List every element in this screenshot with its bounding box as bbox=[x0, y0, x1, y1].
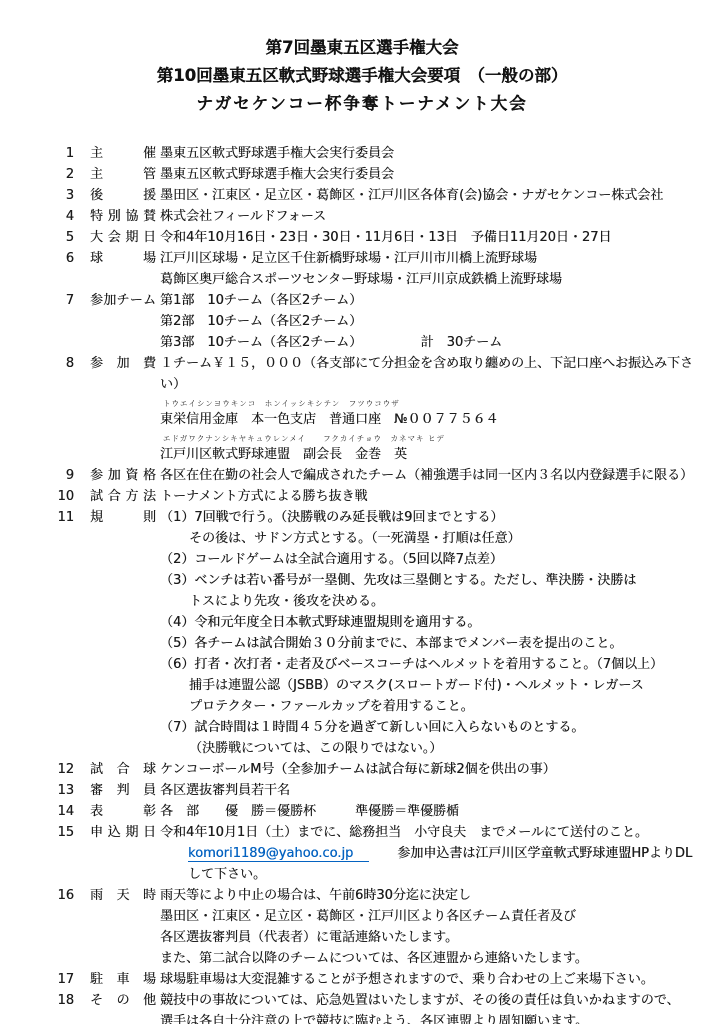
item-line: （7）試合時間は１時間４５分を過ぎて新しい回に入らないものとする。 bbox=[160, 717, 700, 738]
item-content: 株式会社フィールドフォース bbox=[160, 206, 700, 227]
item-content: ケンコーボールM号（全参加チームは試合毎に新球2個を供出の事） bbox=[160, 759, 700, 780]
item-line: 墨東五区軟式野球選手権大会実行委員会 bbox=[160, 164, 700, 185]
doc-item-9: 9参加資格各区在住在勤の社会人で編成されたチーム（補強選手は同一区内３名以内登録… bbox=[48, 465, 700, 486]
title-line-2: 第10回墨東五区軟式野球選手権大会要項 （一般の部） bbox=[0, 62, 724, 90]
doc-item-18: 18その他競技中の事故については、応急処置はいたしますが、その後の責任は負いかね… bbox=[48, 990, 700, 1024]
item-line: （5）各チームは試合開始３０分前までに、本部までメンバー表を提出のこと。 bbox=[160, 633, 700, 654]
item-line: 競技中の事故については、応急処置はいたしますが、その後の責任は負いかねますので、 bbox=[160, 990, 700, 1011]
item-line: （4）令和元年度全日本軟式野球連盟規則を適用する。 bbox=[160, 612, 700, 633]
item-content: 墨田区・江東区・足立区・葛飾区・江戸川区各体育(会)協会・ナガセケンコー株式会社 bbox=[160, 185, 700, 206]
item-line: 株式会社フィールドフォース bbox=[160, 206, 700, 227]
furigana-line: エドガワクナンシキヤキュウレンメイ フクカイチョウ カネマキ ヒデ bbox=[160, 433, 700, 444]
doc-item-1: 1主催墨東五区軟式野球選手権大会実行委員会 bbox=[48, 143, 700, 164]
item-number: 5 bbox=[48, 227, 74, 248]
item-line: 墨東五区軟式野球選手権大会実行委員会 bbox=[160, 143, 700, 164]
document-body: 1主催墨東五区軟式野球選手権大会実行委員会2主管墨東五区軟式野球選手権大会実行委… bbox=[48, 143, 700, 1024]
item-number: 9 bbox=[48, 465, 74, 486]
item-line: （3）ベンチは若い番号が一塁側、先攻は三塁側とする。ただし、準決勝・決勝は bbox=[160, 570, 700, 591]
item-line: 雨天等により中止の場合は、午前6時30分迄に決定し bbox=[160, 885, 700, 906]
item-number: 4 bbox=[48, 206, 74, 227]
item-label: 申込期日 bbox=[90, 822, 156, 843]
item-number: 3 bbox=[48, 185, 74, 206]
item-label: 大会期日 bbox=[90, 227, 156, 248]
item-line: 各 部 優 勝＝優勝杯 準優勝＝準優勝楯 bbox=[160, 801, 700, 822]
item-content: 競技中の事故については、応急処置はいたしますが、その後の責任は負いかねますので、… bbox=[160, 990, 700, 1024]
item-label: 参加資格 bbox=[90, 465, 156, 486]
item-number: 17 bbox=[48, 969, 74, 990]
item-content: 墨東五区軟式野球選手権大会実行委員会 bbox=[160, 164, 700, 185]
item-number: 16 bbox=[48, 885, 74, 906]
document-header: 第7回墨東五区選手権大会 第10回墨東五区軟式野球選手権大会要項 （一般の部） … bbox=[0, 0, 724, 118]
title-line-3: ナガセケンコー杯争奪トーナメント大会 bbox=[0, 90, 724, 118]
item-content: 令和4年10月16日・23日・30日・11月6日・13日 予備日11月20日・2… bbox=[160, 227, 700, 248]
item-content: （1）7回戦で行う。（決勝戦のみ延長戦は9回までとする）その後は、サドン方式とす… bbox=[160, 507, 700, 759]
furigana-line: トウエイシンヨウキンコ ホンイッシキシテン フツウコウザ bbox=[160, 398, 700, 409]
item-content: 各 部 優 勝＝優勝杯 準優勝＝準優勝楯 bbox=[160, 801, 700, 822]
item-line: トスにより先攻・後攻を決める。 bbox=[160, 591, 700, 612]
item-line: 各区選抜審判員若干名 bbox=[160, 780, 700, 801]
item-number: 7 bbox=[48, 290, 74, 311]
item-content: 江戸川区球場・足立区千住新橋野球場・江戸川市川橋上流野球場葛飾区奥戸総合スポーツ… bbox=[160, 248, 700, 290]
item-number: 10 bbox=[48, 486, 74, 507]
item-line: トーナメント方式による勝ち抜き戦 bbox=[160, 486, 700, 507]
item-line: （1）7回戦で行う。（決勝戦のみ延長戦は9回までとする） bbox=[160, 507, 700, 528]
item-line: 葛飾区奥戸総合スポーツセンター野球場・江戸川京成鉄橋上流野球場 bbox=[160, 269, 700, 290]
item-number: 11 bbox=[48, 507, 74, 528]
item-number: 12 bbox=[48, 759, 74, 780]
doc-item-15: 15申込期日令和4年10月1日（土）までに、総務担当 小守良夫 までメールにて送… bbox=[48, 822, 700, 885]
item-content: 各区選抜審判員若干名 bbox=[160, 780, 700, 801]
item-line: 東栄信用金庫 本一色支店 普通口座 №００７７５６４ bbox=[160, 409, 700, 430]
item-label: 表彰 bbox=[90, 801, 156, 822]
item-line: １チーム￥１５，０００（各支部にて分担金を含め取り纏めの上、下記口座へお振込み下… bbox=[160, 353, 700, 395]
item-content: 第1部 10チーム（各区2チーム）第2部 10チーム（各区2チーム）第3部 10… bbox=[160, 290, 700, 353]
item-line: 選手は各自十分注意の上で競技に臨むよう、各区連盟より周知願います。 bbox=[160, 1011, 700, 1024]
item-content: 令和4年10月1日（土）までに、総務担当 小守良夫 までメールにて送付のこと。k… bbox=[160, 822, 700, 885]
item-number: 18 bbox=[48, 990, 74, 1011]
doc-item-5: 5大会期日令和4年10月16日・23日・30日・11月6日・13日 予備日11月… bbox=[48, 227, 700, 248]
item-line: komori1189@yahoo.co.jp参加申込書は江戸川区学童軟式野球連盟… bbox=[160, 843, 700, 885]
item-label: 特別協賛 bbox=[90, 206, 156, 227]
doc-item-14: 14表彰各 部 優 勝＝優勝杯 準優勝＝準優勝楯 bbox=[48, 801, 700, 822]
item-number: 2 bbox=[48, 164, 74, 185]
item-label: 球場 bbox=[90, 248, 156, 269]
item-number: 8 bbox=[48, 353, 74, 374]
item-label: 規則 bbox=[90, 507, 156, 528]
item-line: 第3部 10チーム（各区2チーム） 計 30チーム bbox=[160, 332, 700, 353]
title-line-1: 第7回墨東五区選手権大会 bbox=[0, 34, 724, 62]
item-line: 江戸川区球場・足立区千住新橋野球場・江戸川市川橋上流野球場 bbox=[160, 248, 700, 269]
item-line: プロテクター・ファールカップを着用すること。 bbox=[160, 696, 700, 717]
doc-item-16: 16雨天時雨天等により中止の場合は、午前6時30分迄に決定し墨田区・江東区・足立… bbox=[48, 885, 700, 969]
item-line: 各区在住在勤の社会人で編成されたチーム（補強選手は同一区内３名以内登録選手に限る… bbox=[160, 465, 700, 486]
item-number: 13 bbox=[48, 780, 74, 801]
doc-item-12: 12試合球ケンコーボールM号（全参加チームは試合毎に新球2個を供出の事） bbox=[48, 759, 700, 780]
doc-item-8: 8参加費１チーム￥１５，０００（各支部にて分担金を含め取り纏めの上、下記口座へお… bbox=[48, 353, 700, 465]
item-line: 令和4年10月16日・23日・30日・11月6日・13日 予備日11月20日・2… bbox=[160, 227, 700, 248]
item-label: 審判員 bbox=[90, 780, 156, 801]
item-content: 雨天等により中止の場合は、午前6時30分迄に決定し墨田区・江東区・足立区・葛飾区… bbox=[160, 885, 700, 969]
item-label: 試合方法 bbox=[90, 486, 156, 507]
doc-item-6: 6球場江戸川区球場・足立区千住新橋野球場・江戸川市川橋上流野球場葛飾区奥戸総合ス… bbox=[48, 248, 700, 290]
item-number: 14 bbox=[48, 801, 74, 822]
item-label: 試合球 bbox=[90, 759, 156, 780]
doc-item-4: 4特別協賛株式会社フィールドフォース bbox=[48, 206, 700, 227]
doc-item-13: 13審判員各区選抜審判員若干名 bbox=[48, 780, 700, 801]
item-line: 球場駐車場は大変混雑することが予想されますので、乗り合わせの上ご来場下さい。 bbox=[160, 969, 700, 990]
item-label: その他 bbox=[90, 990, 156, 1011]
doc-item-7: 7参加チーム第1部 10チーム（各区2チーム）第2部 10チーム（各区2チーム）… bbox=[48, 290, 700, 353]
item-line: （決勝戦については、この限りではない。） bbox=[160, 738, 700, 759]
item-label: 主管 bbox=[90, 164, 156, 185]
doc-item-11: 11規則（1）7回戦で行う。（決勝戦のみ延長戦は9回までとする）その後は、サドン… bbox=[48, 507, 700, 759]
item-line: 各区選抜審判員（代表者）に電話連絡いたします。 bbox=[160, 927, 700, 948]
item-content: トーナメント方式による勝ち抜き戦 bbox=[160, 486, 700, 507]
item-content: 球場駐車場は大変混雑することが予想されますので、乗り合わせの上ご来場下さい。 bbox=[160, 969, 700, 990]
item-line: （2）コールドゲームは全試合適用する。（5回以降7点差） bbox=[160, 549, 700, 570]
item-label: 参加費 bbox=[90, 353, 156, 374]
item-line: （6）打者・次打者・走者及びベースコーチはヘルメットを着用すること。（7個以上） bbox=[160, 654, 700, 675]
item-label: 参加チーム bbox=[90, 290, 156, 311]
item-number: 1 bbox=[48, 143, 74, 164]
item-number: 6 bbox=[48, 248, 74, 269]
doc-item-3: 3後援墨田区・江東区・足立区・葛飾区・江戸川区各体育(会)協会・ナガセケンコー株… bbox=[48, 185, 700, 206]
doc-item-2: 2主管墨東五区軟式野球選手権大会実行委員会 bbox=[48, 164, 700, 185]
item-line: 墨田区・江東区・足立区・葛飾区・江戸川区より各区チーム責任者及び bbox=[160, 906, 700, 927]
document-page: 第7回墨東五区選手権大会 第10回墨東五区軟式野球選手権大会要項 （一般の部） … bbox=[0, 0, 724, 1024]
doc-item-17: 17駐車場球場駐車場は大変混雑することが予想されますので、乗り合わせの上ご来場下… bbox=[48, 969, 700, 990]
item-line: また、第二試合以降のチームについては、各区連盟から連絡いたします。 bbox=[160, 948, 700, 969]
item-content: 各区在住在勤の社会人で編成されたチーム（補強選手は同一区内３名以内登録選手に限る… bbox=[160, 465, 700, 486]
doc-item-10: 10試合方法トーナメント方式による勝ち抜き戦 bbox=[48, 486, 700, 507]
item-line: 江戸川区軟式野球連盟 副会長 金巻 英 bbox=[160, 444, 700, 465]
item-label: 主催 bbox=[90, 143, 156, 164]
item-label: 後援 bbox=[90, 185, 156, 206]
item-label: 雨天時 bbox=[90, 885, 156, 906]
item-content: １チーム￥１５，０００（各支部にて分担金を含め取り纏めの上、下記口座へお振込み下… bbox=[160, 353, 700, 465]
item-line: 第1部 10チーム（各区2チーム） bbox=[160, 290, 700, 311]
item-line: 捕手は連盟公認（JSBB）のマスク(スロートガード付)・ヘルメット・レガース bbox=[160, 675, 700, 696]
item-number: 15 bbox=[48, 822, 74, 843]
email-link[interactable]: komori1189@yahoo.co.jp bbox=[188, 846, 369, 862]
item-label: 駐車場 bbox=[90, 969, 156, 990]
item-line: 令和4年10月1日（土）までに、総務担当 小守良夫 までメールにて送付のこと。 bbox=[160, 822, 700, 843]
item-content: 墨東五区軟式野球選手権大会実行委員会 bbox=[160, 143, 700, 164]
item-line: 第2部 10チーム（各区2チーム） bbox=[160, 311, 700, 332]
item-line: ケンコーボールM号（全参加チームは試合毎に新球2個を供出の事） bbox=[160, 759, 700, 780]
item-line: その後は、サドン方式とする。（一死満塁・打順は任意） bbox=[160, 528, 700, 549]
item-line: 墨田区・江東区・足立区・葛飾区・江戸川区各体育(会)協会・ナガセケンコー株式会社 bbox=[160, 185, 700, 206]
